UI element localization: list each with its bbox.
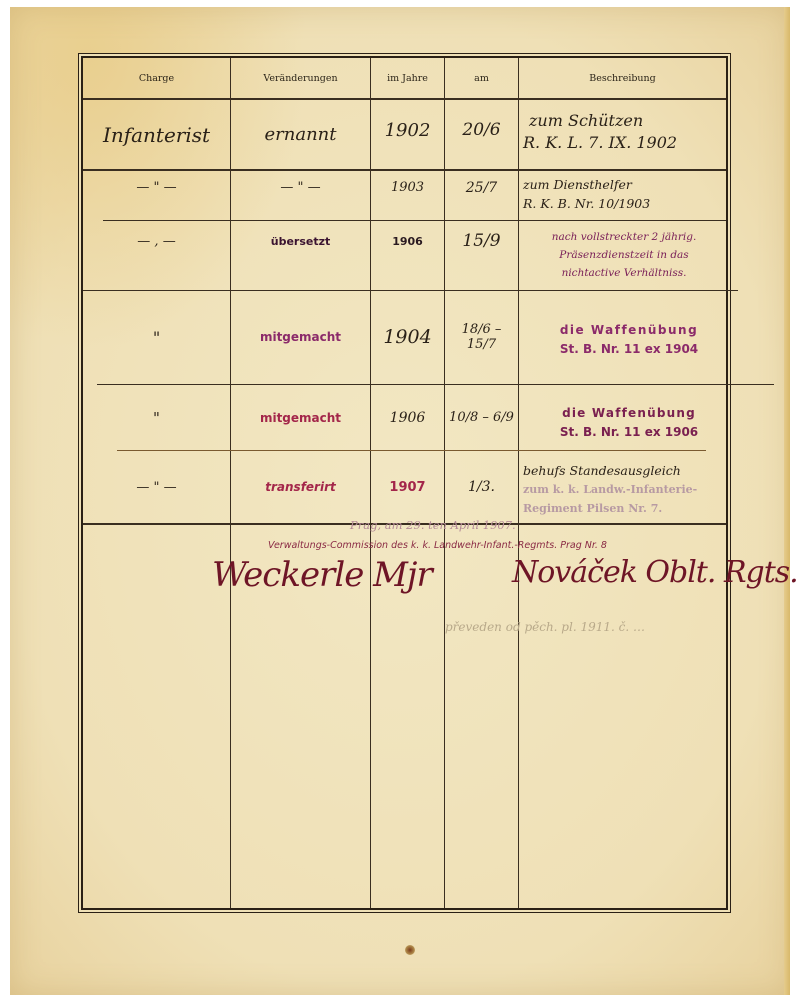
row6-jahr: 1907 — [371, 451, 444, 523]
row2-desc-line2: R. K. B. Nr. 10/1903 — [523, 194, 728, 213]
row5-beschreibung-stamp: die Waffenübung St. B. Nr. 11 ex 1906 — [529, 404, 729, 441]
row3-desc-line2: Präsenzdienstzeit in das — [519, 247, 729, 265]
row2-charge: — " — — [83, 170, 230, 205]
row6-desc-line2: zum k. k. Landw.-Infanterie- — [523, 481, 728, 500]
row5-charge: " — [83, 385, 230, 450]
row5-am: 10/8 – 6/9 — [445, 385, 518, 450]
row6-veraenderung-stamp: transferirt — [231, 451, 370, 523]
header-am: am — [445, 58, 518, 99]
row4-desc-line1: die Waffenübung — [529, 321, 729, 340]
row2-veraenderung: — " — — [231, 170, 370, 205]
pencil-note: převeden od pěch. pl. 1911. č. … — [445, 620, 645, 634]
commission-stamp: Verwaltungs-Commission des k. k. Landweh… — [268, 540, 607, 551]
ink-stain — [405, 945, 415, 955]
row3-veraenderung-stamp: übersetzt — [231, 221, 370, 261]
row3-am: 15/9 — [445, 221, 518, 261]
row2-jahr: 1903 — [371, 170, 444, 205]
row5-jahr: 1906 — [371, 385, 444, 450]
row5-desc-line2: St. B. Nr. 11 ex 1906 — [529, 423, 729, 442]
row4-desc-line2: St. B. Nr. 11 ex 1904 — [529, 340, 729, 359]
row4-am: 18/6 – 15/7 — [445, 291, 518, 383]
row3-jahr: 1906 — [371, 221, 444, 261]
row1-desc-line1: zum Schützen — [523, 110, 723, 132]
row5-desc-line1: die Waffenübung — [529, 404, 729, 423]
column-divider — [518, 58, 519, 908]
row2-beschreibung: zum Diensthelfer R. K. B. Nr. 10/1903 — [523, 175, 728, 214]
row2-desc-line1: zum Diensthelfer — [523, 175, 728, 194]
row1-jahr: 1902 — [371, 100, 444, 160]
row4-beschreibung-stamp: die Waffenübung St. B. Nr. 11 ex 1904 — [529, 321, 729, 358]
row1-beschreibung: zum Schützen R. K. L. 7. IX. 1902 — [523, 110, 723, 153]
service-record-table: Charge Veränderungen im Jahre am Beschre… — [81, 56, 728, 910]
header-beschreibung: Beschreibung — [519, 58, 726, 99]
paper-edge — [784, 7, 790, 995]
signature-right: Nováček Oblt. Rgts. — [512, 555, 798, 590]
row1-am: 20/6 — [445, 100, 518, 160]
signature-left: Weckerle Mjr — [212, 555, 432, 595]
row3-desc-line3: nichtactive Verhältniss. — [519, 265, 729, 283]
row3-charge: — , — — [83, 221, 230, 261]
place-date-stamp: Prag, am 29. ten April 1907. — [350, 518, 516, 532]
row3-desc-line1: nach vollstreckter 2 jährig. — [519, 229, 729, 247]
row6-desc-line1: behufs Standesausgleich — [523, 460, 728, 481]
row3-beschreibung-stamp: nach vollstreckter 2 jährig. Präsenzdien… — [519, 229, 729, 283]
header-im-jahre: im Jahre — [371, 58, 444, 99]
row4-veraenderung-stamp: mitgemacht — [231, 291, 370, 383]
row1-veraenderung: ernannt — [231, 100, 370, 169]
row6-desc-line3: Regiment Pilsen Nr. 7. — [523, 500, 728, 519]
row6-beschreibung: behufs Standesausgleich zum k. k. Landw.… — [523, 460, 728, 519]
row6-charge: — " — — [83, 451, 230, 523]
row2-am: 25/7 — [445, 170, 518, 205]
header-veraenderungen: Veränderungen — [231, 58, 370, 99]
row4-jahr: 1904 — [371, 291, 444, 383]
header-charge: Charge — [83, 58, 230, 99]
row1-desc-line2: R. K. L. 7. IX. 1902 — [523, 132, 723, 154]
row1-charge: Infanterist — [83, 100, 230, 169]
row4-charge: " — [83, 291, 230, 383]
row5-veraenderung-stamp: mitgemacht — [231, 385, 370, 450]
row6-am: 1/3. — [445, 451, 518, 523]
